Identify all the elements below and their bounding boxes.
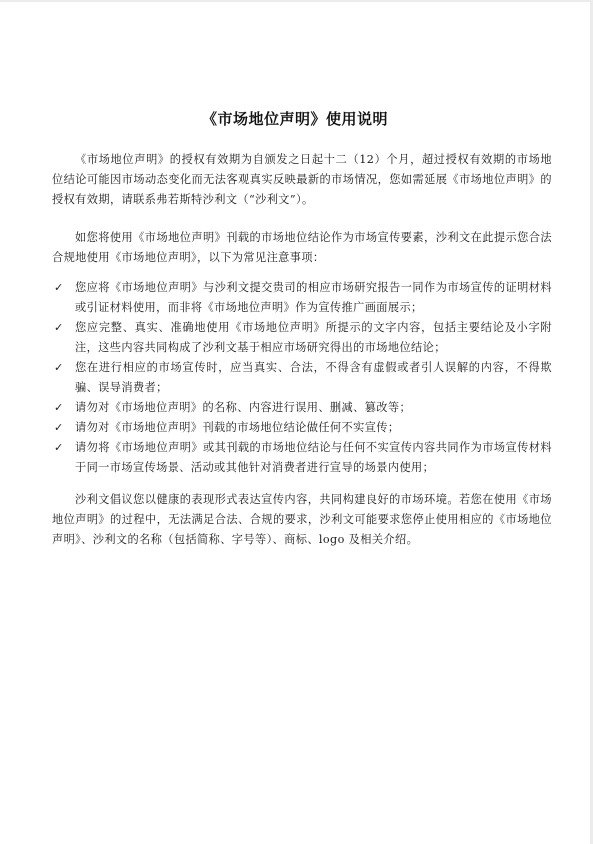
note-text: 您应将《市场地位声明》与沙利文提交贵司的相应市场研究报告一同作为市场宣传的证明材…: [75, 281, 552, 314]
list-item: ✓ 您在进行相应的市场宣传时，应当真实、合法，不得含有虚假或者引人误解的内容，不…: [52, 358, 552, 398]
check-icon: ✓: [54, 278, 64, 298]
check-icon: ✓: [54, 418, 64, 438]
check-icon: ✓: [54, 438, 64, 458]
validity-paragraph: 《市场地位声明》的授权有效期为自颁发之日起十二（12）个月，超过授权有效期的市场…: [52, 150, 552, 210]
intro-paragraph: 如您将使用《市场地位声明》刊载的市场地位结论作为市场宣传要素，沙利文在此提示您合…: [52, 228, 552, 268]
check-icon: ✓: [54, 358, 64, 378]
note-text: 您应完整、真实、准确地使用《市场地位声明》所提示的文字内容，包括主要结论及小字附…: [75, 321, 552, 354]
document-title: 《市场地位声明》使用说明: [0, 108, 590, 129]
note-text: 您在进行相应的市场宣传时，应当真实、合法，不得含有虚假或者引人误解的内容，不得欺…: [75, 361, 552, 394]
document-page: 《市场地位声明》使用说明 《市场地位声明》的授权有效期为自颁发之日起十二（12）…: [0, 2, 590, 844]
list-item: ✓ 请勿对《市场地位声明》刊载的市场地位结论做任何不实宣传；: [52, 418, 552, 438]
closing-paragraph: 沙利文倡议您以健康的表现形式表达宣传内容，共同构建良好的市场环境。若您在使用《市…: [52, 490, 552, 550]
list-item: ✓ 您应完整、真实、准确地使用《市场地位声明》所提示的文字内容，包括主要结论及小…: [52, 318, 552, 358]
notes-list: ✓ 您应将《市场地位声明》与沙利文提交贵司的相应市场研究报告一同作为市场宣传的证…: [52, 278, 552, 478]
list-item: ✓ 请勿将《市场地位声明》或其刊载的市场地位结论与任何不实宣传内容共同作为市场宣…: [52, 438, 552, 478]
note-text: 请勿对《市场地位声明》刊载的市场地位结论做任何不实宣传；: [75, 421, 399, 434]
list-item: ✓ 请勿对《市场地位声明》的名称、内容进行误用、删减、篡改等；: [52, 398, 552, 418]
check-icon: ✓: [54, 398, 64, 418]
list-item: ✓ 您应将《市场地位声明》与沙利文提交贵司的相应市场研究报告一同作为市场宣传的证…: [52, 278, 552, 318]
check-icon: ✓: [54, 318, 64, 338]
note-text: 请勿将《市场地位声明》或其刊载的市场地位结论与任何不实宣传内容共同作为市场宣传材…: [75, 441, 552, 474]
note-text: 请勿对《市场地位声明》的名称、内容进行误用、删减、篡改等；: [75, 401, 411, 414]
